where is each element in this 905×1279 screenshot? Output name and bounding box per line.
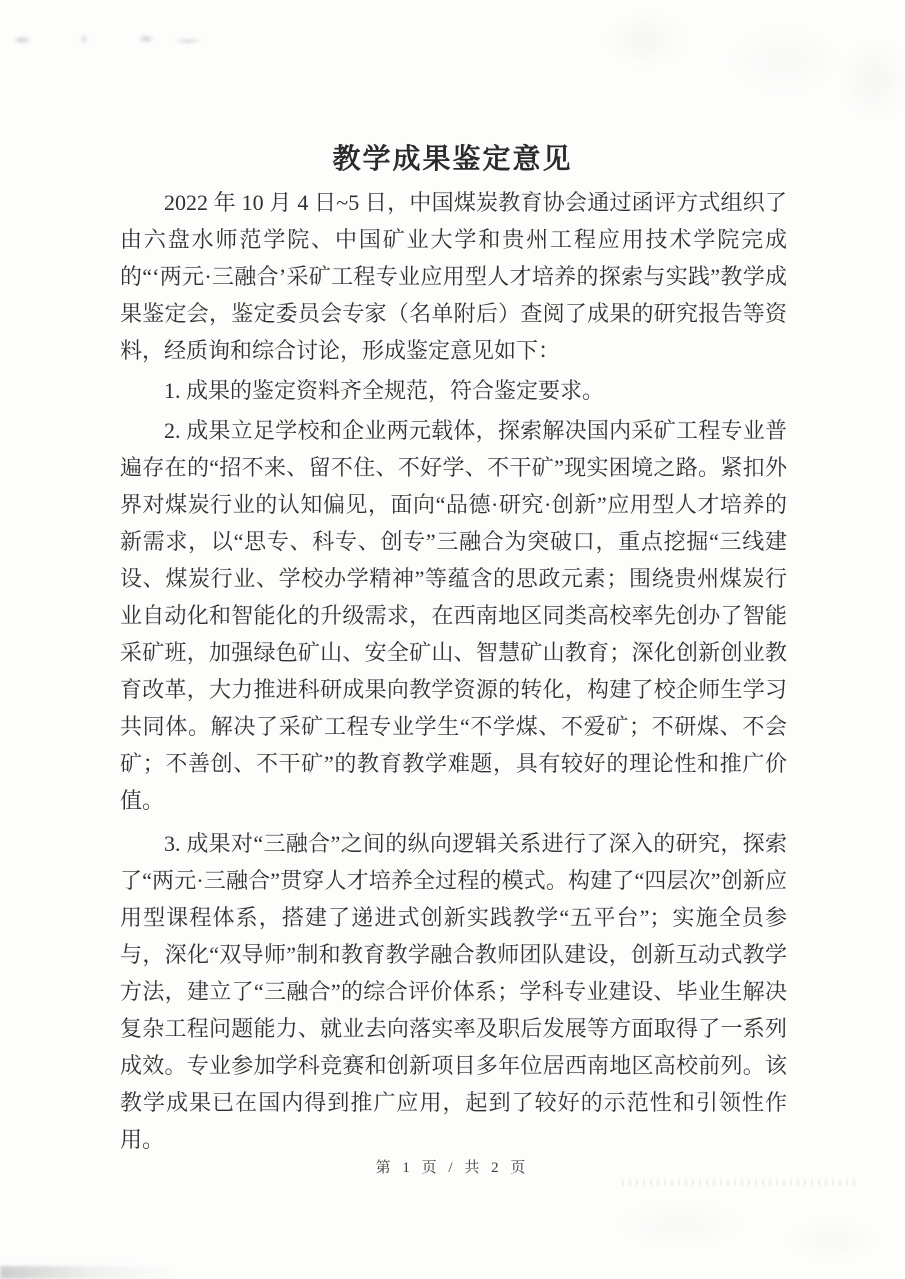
- scan-artifact-top-left-marks: [10, 30, 205, 50]
- scan-artifact-bottom-ghosting: [560, 1180, 900, 1275]
- paragraph-intro: 2022 年 10 月 4 日~5 日，中国煤炭教育协会通过函评方式组织了由六盘…: [120, 184, 787, 369]
- document-title: 教学成果鉴定意见: [0, 137, 905, 177]
- paragraph-item-3: 3. 成果对“三融合”之间的纵向逻辑关系进行了深入的研究，探索了“两元·三融合”…: [120, 825, 787, 1158]
- paragraph-item-2: 2. 成果立足学校和企业两元载体，探索解决国内采矿工程专业普遍存在的“招不来、留…: [120, 412, 787, 819]
- scan-artifact-bottom-left-shadow: [0, 1266, 210, 1279]
- scan-artifact-bleed-through-text: [622, 1179, 860, 1186]
- page-number: 第 1 页 / 共 2 页: [0, 1156, 905, 1177]
- scan-artifact-top-ghosting: [555, 0, 905, 130]
- paragraph-item-1: 1. 成果的鉴定资料齐全规范，符合鉴定要求。: [120, 372, 787, 409]
- scanned-document-page: 教学成果鉴定意见 2022 年 10 月 4 日~5 日，中国煤炭教育协会通过函…: [0, 0, 905, 1279]
- document-body: 2022 年 10 月 4 日~5 日，中国煤炭教育协会通过函评方式组织了由六盘…: [120, 184, 787, 1158]
